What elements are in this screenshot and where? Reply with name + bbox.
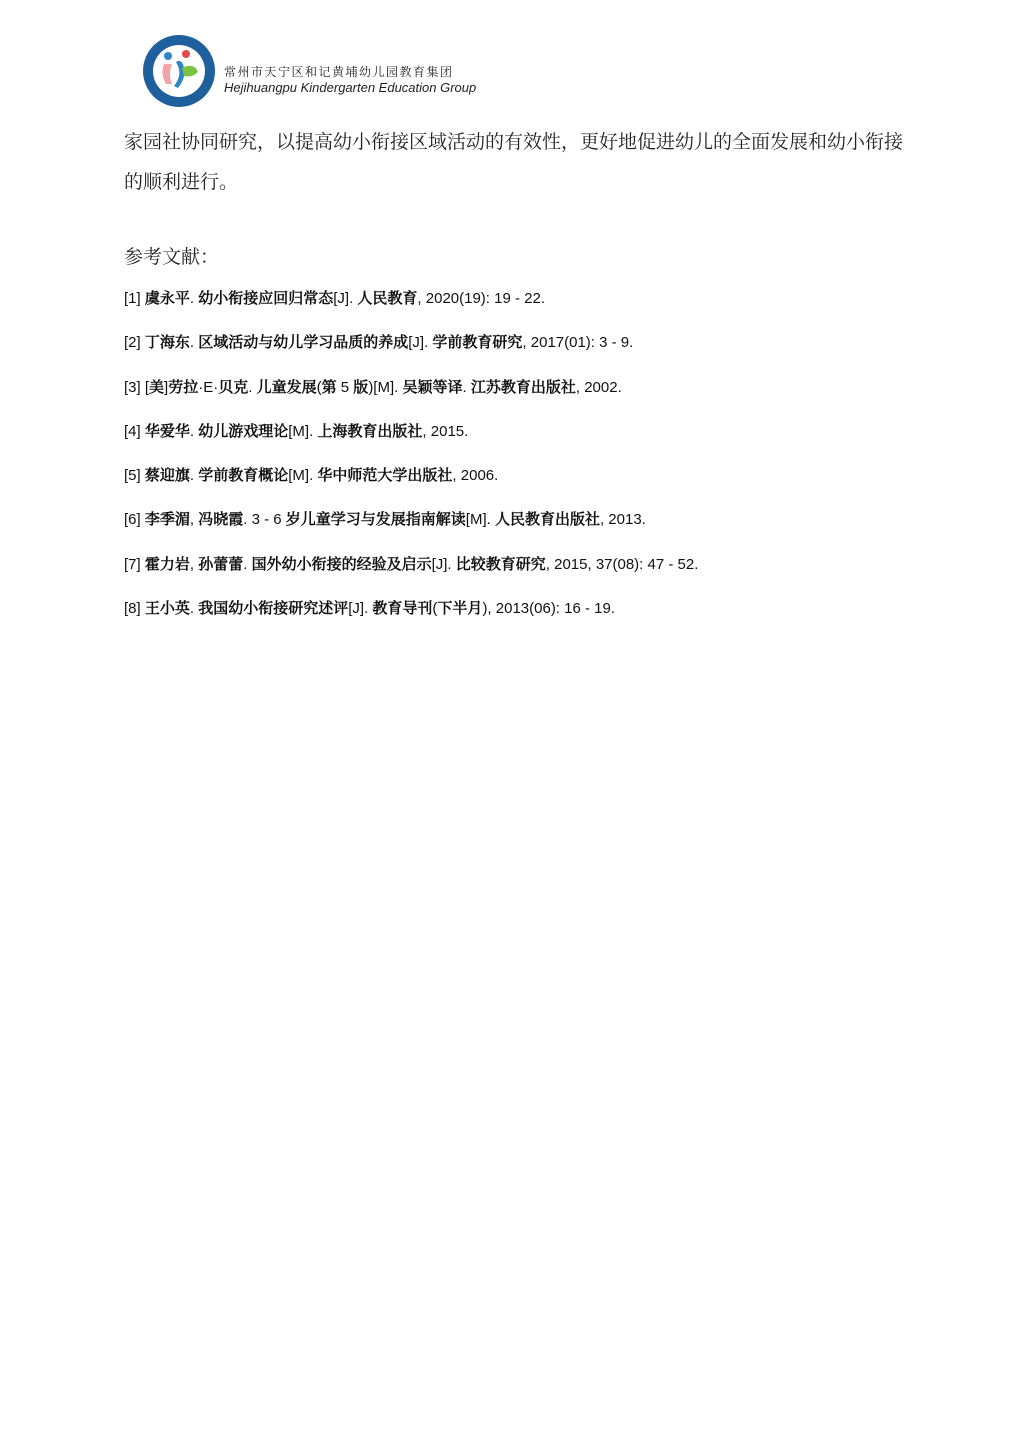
reference-text: 贝克: [218, 379, 248, 396]
reference-text: , 2017(01): 3 - 9.: [522, 334, 633, 351]
reference-text: 孙蕾蕾: [198, 556, 243, 573]
reference-text: )[M].: [368, 379, 402, 396]
reference-text: , 2020(19): 19 - 22.: [417, 290, 545, 307]
page-header: 常州市天宁区和记黄埔幼儿园教育集团 Hejihuangpu Kindergart…: [142, 34, 476, 108]
reference-text: 劳拉: [168, 379, 198, 396]
reference-text: 版: [353, 379, 368, 396]
reference-text: .: [190, 290, 198, 307]
reference-text: .: [190, 600, 198, 617]
reference-text: [M].: [288, 467, 317, 484]
reference-text: [J].: [408, 334, 432, 351]
reference-text: [J].: [348, 600, 372, 617]
reference-item: [4] 华爱华. 幼儿游戏理论[M]. 上海教育出版社, 2015.: [124, 421, 698, 465]
reference-text: ,: [190, 511, 198, 528]
reference-number: [7]: [124, 556, 145, 573]
reference-text: 蔡迎旗: [145, 467, 190, 484]
reference-text: 幼小衔接应回归常态: [198, 290, 333, 307]
reference-text: .: [190, 467, 198, 484]
reference-number: [5]: [124, 467, 145, 484]
reference-text: 冯晓霞: [198, 511, 243, 528]
reference-text: , 2006.: [452, 467, 498, 484]
reference-text: 霍力岩: [145, 556, 190, 573]
reference-item: [7] 霍力岩, 孙蕾蕾. 国外幼小衔接的经验及启示[J]. 比较教育研究, 2…: [124, 554, 698, 598]
reference-text: , 2015.: [422, 423, 468, 440]
reference-item: [8] 王小英. 我国幼小衔接研究述评[J]. 教育导刊(下半月), 2013(…: [124, 598, 698, 642]
org-name-cn: 常州市天宁区和记黄埔幼儿园教育集团: [224, 64, 476, 80]
reference-text: 下半月: [437, 600, 482, 617]
reference-number: [2]: [124, 334, 145, 351]
reference-text: .: [248, 379, 256, 396]
reference-text: 华中师范大学出版社: [317, 467, 452, 484]
kindergarten-logo-icon: [142, 34, 216, 108]
reference-text: 江苏教育出版社: [471, 379, 576, 396]
reference-text: 区域活动与幼儿学习品质的养成: [198, 334, 408, 351]
reference-text: ), 2013(06): 16 - 19.: [482, 600, 615, 617]
references-list: [1] 虞永平. 幼小衔接应回归常态[J]. 人民教育, 2020(19): 1…: [124, 288, 698, 642]
reference-item: [1] 虞永平. 幼小衔接应回归常态[J]. 人民教育, 2020(19): 1…: [124, 288, 698, 332]
reference-number: [4]: [124, 423, 145, 440]
reference-number: [1]: [124, 290, 145, 307]
reference-text: 幼儿游戏理论: [198, 423, 288, 440]
reference-text: 美: [149, 379, 164, 396]
reference-text: 5: [341, 379, 354, 396]
reference-text: 人民教育出版社: [495, 511, 600, 528]
reference-text: 岁儿童学习与发展指南解读: [286, 511, 466, 528]
reference-text: 教育导刊: [372, 600, 432, 617]
reference-text: [J].: [432, 556, 456, 573]
reference-text: .: [243, 556, 251, 573]
reference-text: 吴颖等译: [402, 379, 462, 396]
reference-item: [2] 丁海东. 区域活动与幼儿学习品质的养成[J]. 学前教育研究, 2017…: [124, 332, 698, 376]
reference-text: 比较教育研究: [456, 556, 546, 573]
reference-text: 学前教育研究: [432, 334, 522, 351]
reference-text: 第: [322, 379, 341, 396]
reference-item: [3] [美]劳拉·E·贝克. 儿童发展(第 5 版)[M]. 吴颖等译. 江苏…: [124, 377, 698, 421]
org-name-en: Hejihuangpu Kindergarten Education Group: [224, 80, 476, 96]
reference-text: 丁海东: [145, 334, 190, 351]
reference-text: ,: [190, 556, 198, 573]
reference-text: [J].: [333, 290, 357, 307]
reference-text: , 2002.: [576, 379, 622, 396]
reference-number: [3]: [124, 379, 145, 396]
reference-text: 李季湄: [145, 511, 190, 528]
reference-text: .: [190, 423, 198, 440]
reference-text: 王小英: [145, 600, 190, 617]
reference-text: . 3 - 6: [243, 511, 286, 528]
body-paragraph: 家园社协同研究，以提高幼小衔接区域活动的有效性，更好地促进幼儿的全面发展和幼小衔…: [124, 122, 904, 202]
reference-text: 人民教育: [357, 290, 417, 307]
reference-item: [5] 蔡迎旗. 学前教育概论[M]. 华中师范大学出版社, 2006.: [124, 465, 698, 509]
reference-text: , 2013.: [600, 511, 646, 528]
reference-text: .: [463, 379, 471, 396]
reference-text: 国外幼小衔接的经验及启示: [252, 556, 432, 573]
reference-text: 我国幼小衔接研究述评: [198, 600, 348, 617]
reference-text: 虞永平: [145, 290, 190, 307]
reference-item: [6] 李季湄, 冯晓霞. 3 - 6 岁儿童学习与发展指南解读[M]. 人民教…: [124, 509, 698, 553]
reference-text: [M].: [466, 511, 495, 528]
reference-text: , 2015, 37(08): 47 - 52.: [546, 556, 699, 573]
reference-number: [6]: [124, 511, 145, 528]
reference-text: [M].: [288, 423, 317, 440]
references-title: 参考文献：: [124, 242, 219, 269]
reference-text: 学前教育概论: [198, 467, 288, 484]
reference-number: [8]: [124, 600, 145, 617]
reference-text: ·E·: [198, 379, 218, 396]
reference-text: .: [190, 334, 198, 351]
reference-text: 上海教育出版社: [317, 423, 422, 440]
reference-text: 华爱华: [145, 423, 190, 440]
reference-text: 儿童发展: [257, 379, 317, 396]
